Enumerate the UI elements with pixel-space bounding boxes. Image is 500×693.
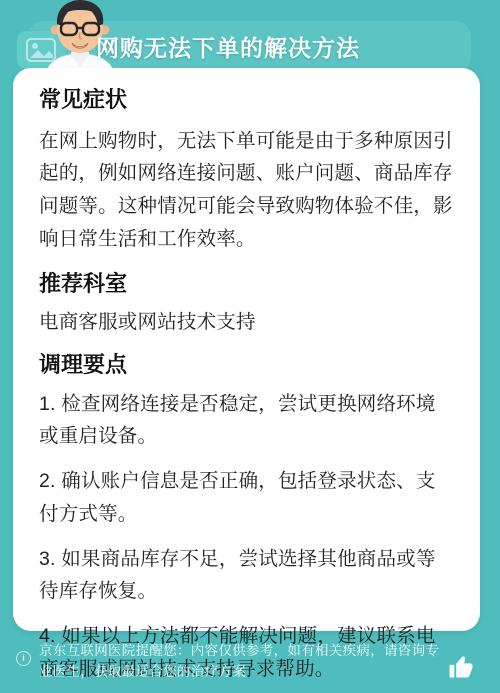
health-card-page: 网购无法下单的解决方法 常见症状 在网上购物时，无法下单可能是由于多种原因引起的…	[0, 0, 500, 693]
section-heading-department: 推荐科室	[39, 270, 454, 299]
page-title: 网购无法下单的解决方法	[96, 30, 360, 63]
thumbs-up-icon	[448, 653, 476, 681]
department-paragraph: 电商客服或网站技术支持	[39, 306, 454, 339]
section-heading-symptoms: 常见症状	[39, 86, 454, 115]
key-point-item-2: 2. 确认账户信息是否正确，包括登录状态、支付方式等。	[39, 465, 454, 531]
thumbs-up-button[interactable]	[447, 653, 477, 683]
symptoms-paragraph: 在网上购物时，无法下单可能是由于多种原因引起的，例如网络连接问题、账户问题、商品…	[39, 125, 454, 256]
key-point-item-3: 3. 如果商品库存不足，尝试选择其他商品或等待库存恢复。	[39, 543, 454, 609]
content-card: 常见症状 在网上购物时，无法下单可能是由于多种原因引起的，例如网络连接问题、账户…	[13, 68, 480, 631]
key-point-item-1: 1. 检查网络连接是否稳定，尝试更换网络环境或重启设备。	[39, 388, 454, 454]
footer-disclaimer-bar: i 京东互联网医院提醒您：内容仅供参考，如有相关疾病，请咨询专业医生，获取最适合…	[0, 631, 500, 693]
disclaimer-text: 京东互联网医院提醒您：内容仅供参考，如有相关疾病，请咨询专业医生，获取最适合您的…	[39, 641, 441, 683]
info-circle-icon: i	[16, 651, 31, 666]
section-heading-key-points: 调理要点	[39, 351, 454, 380]
